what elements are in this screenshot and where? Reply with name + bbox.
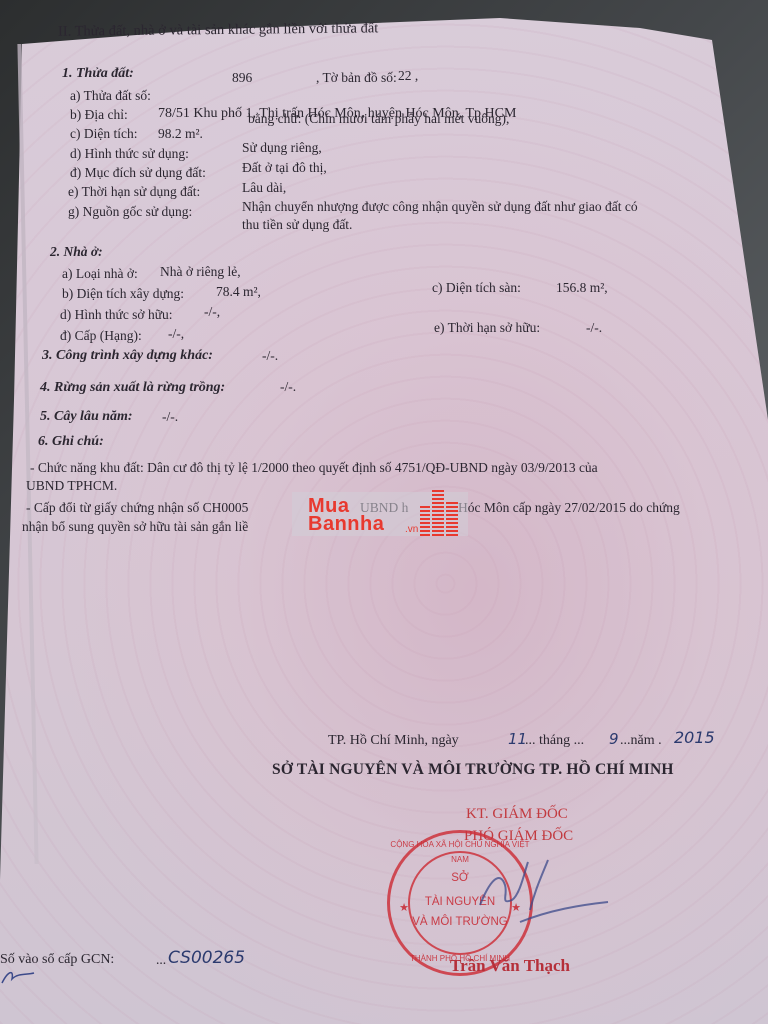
floor-area-label: c) Diện tích sàn: xyxy=(432,280,521,296)
ownership-form-value: -/-, xyxy=(204,304,220,320)
address-label: b) Địa chỉ: xyxy=(70,107,128,123)
parcel-number-value: 896 xyxy=(232,70,252,86)
house-type-value: Nhà ở riêng lẻ, xyxy=(160,264,241,280)
grade-value: -/-, xyxy=(168,326,184,342)
map-sheet-label: , Tờ bản đồ số: xyxy=(316,70,397,86)
handwritten-year: 2015 xyxy=(674,728,715,747)
plantation-forest-value: -/-. xyxy=(280,379,296,395)
note2-line2: nhận bổ sung quyền sở hữu tài sản gắn li… xyxy=(22,519,248,535)
origin-label: g) Nguồn gốc sử dụng: xyxy=(68,204,192,220)
origin-value-line1: Nhận chuyển nhượng được công nhận quyền … xyxy=(242,199,638,215)
map-sheet-value: 22 , xyxy=(398,68,418,84)
area-label: c) Diện tích: xyxy=(70,126,137,142)
purpose-label: đ) Mục đích sử dụng đất: xyxy=(70,165,206,181)
usage-form-value: Sử dụng riêng, xyxy=(242,140,322,156)
other-construction-heading: 3. Công trình xây dựng khác: xyxy=(42,348,213,364)
usage-form-label: d) Hình thức sử dụng: xyxy=(70,146,189,162)
ownership-form-label: d) Hình thức sở hữu: xyxy=(60,307,173,323)
registry-dots: ... xyxy=(156,952,166,968)
parcel-number-label: a) Thửa đất số: xyxy=(70,88,151,104)
year-label: ...năm . xyxy=(620,733,662,749)
month-label: ... tháng ... xyxy=(525,733,584,749)
ownership-term-value: -/-. xyxy=(586,320,602,336)
signer-name: Trần Văn Thạch xyxy=(450,956,570,976)
land-heading: 1. Thửa đất: xyxy=(62,66,134,82)
term-label: e) Thời hạn sử dụng đất: xyxy=(68,184,200,200)
perennial-trees-heading: 5. Cây lâu năm: xyxy=(40,409,133,425)
origin-value-line2: thu tiền sử dụng đất. xyxy=(242,217,352,233)
plantation-forest-heading: 4. Rừng sản xuất là rừng trồng: xyxy=(40,380,225,396)
section-title: II. Thửa đất, nhà ở và tài sản khác gắn … xyxy=(58,20,378,40)
grade-label: đ) Cấp (Hạng): xyxy=(60,328,142,344)
house-type-label: a) Loại nhà ở: xyxy=(62,266,138,282)
handwritten-signature xyxy=(460,850,610,930)
handwritten-month: 9 xyxy=(609,730,619,748)
other-construction-value: -/-. xyxy=(262,348,278,364)
watermark-text-line2: Bannha xyxy=(308,514,384,534)
registry-number: CS00265 xyxy=(168,948,245,968)
area-in-words: bằng chữ: (Chín mươi tám phẩy hai mét vu… xyxy=(248,111,509,127)
watermark-suffix: .vn xyxy=(405,524,418,535)
note2-line1-start: - Cấp đổi từ giấy chứng nhận số CH0005 xyxy=(26,500,248,516)
build-area-value: 78.4 m², xyxy=(216,284,261,300)
term-value: Lâu dài, xyxy=(242,180,286,196)
build-area-label: b) Diện tích xây dựng: xyxy=(62,286,184,302)
purpose-value: Đất ở tại đô thị, xyxy=(242,160,327,176)
area-value: 98.2 m². xyxy=(158,126,203,142)
initials-mark xyxy=(0,965,40,987)
notes-heading: 6. Ghi chú: xyxy=(38,434,104,450)
place-date-prefix: TP. Hồ Chí Minh, ngày xyxy=(328,733,459,749)
perennial-trees-value: -/-. xyxy=(162,409,178,425)
note2-line1-end: Hóc Môn cấp ngày 27/02/2015 do chứng xyxy=(458,500,680,516)
building-logo-icon xyxy=(420,490,460,536)
signer-title-director: KT. GIÁM ĐỐC xyxy=(466,806,568,823)
house-heading: 2. Nhà ở: xyxy=(50,244,103,260)
note1-line2: UBND TPHCM. xyxy=(26,478,117,494)
ownership-term-label: e) Thời hạn sở hữu: xyxy=(434,320,540,336)
department-name: SỞ TÀI NGUYÊN VÀ MÔI TRƯỜNG TP. HỒ CHÍ M… xyxy=(272,761,674,779)
note1-line1: - Chức năng khu đất: Dân cư đô thị tỷ lệ… xyxy=(30,460,598,476)
floor-area-value: 156.8 m², xyxy=(556,280,608,296)
